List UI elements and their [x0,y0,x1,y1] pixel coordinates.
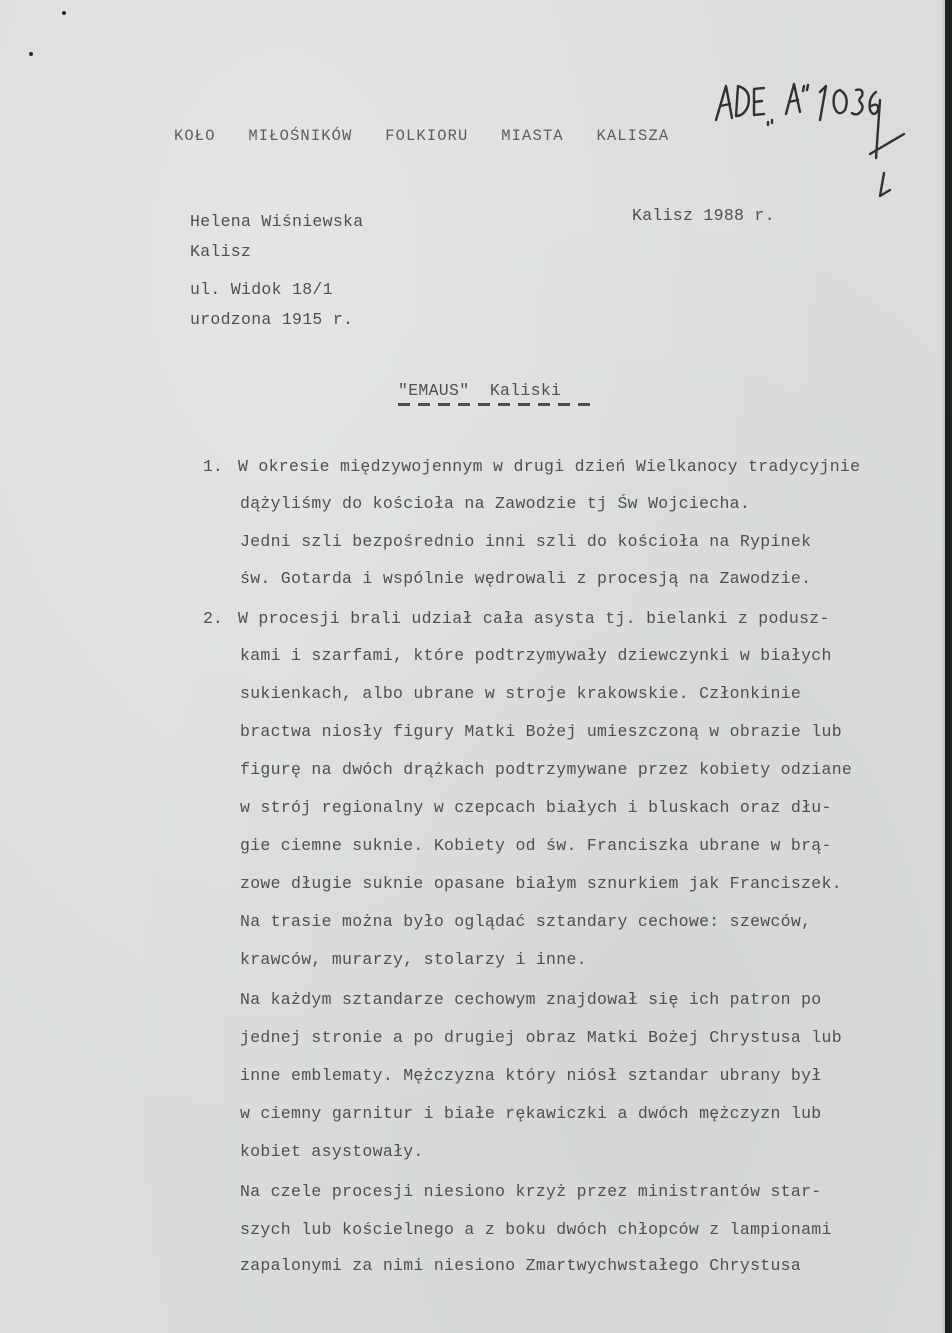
item-2-line: W procesji brali udział cała asysta tj. … [238,609,830,629]
item-1-line: W okresie międzywojennym w drugi dzień W… [238,457,860,477]
item-2-line: jednej stronie a po drugiej obraz Matki … [240,1028,842,1048]
scanner-edge-strip [945,0,952,1333]
archive-annotation [708,78,918,208]
place-date: Kalisz 1988 r. [632,206,775,226]
item-2-line: figurę na dwóch drążkach podtrzymywane p… [240,760,852,780]
item-2-line: krawców, murarzy, stolarzy i inne. [240,950,587,970]
item-2-line: inne emblematy. Mężczyzna który niósł sz… [240,1066,822,1086]
item-2-line: zapalonymi za nimi niesiono Zmartwychwst… [240,1256,801,1276]
item-1-line: Jedni szli bezpośrednio inni szli do koś… [240,532,811,552]
item-2-line: w ciemny garnitur i białe rękawiczki a d… [240,1104,822,1124]
ink-speck [29,52,33,56]
organization-header: KOŁO MIŁOŚNIKÓW FOLKIORU MIASTA KALISZA [174,126,669,146]
item-1-line: św. Gotarda i wspólnie wędrowali z proce… [240,569,811,589]
informant-birth: urodzona 1915 r. [190,310,353,330]
item-2-line: szych lub kościelnego a z boku dwóch chł… [240,1220,832,1240]
document-title: "EMAUS" Kaliski [398,381,561,401]
item-2-line: zowe długie suknie opasane białym sznurk… [240,874,842,894]
informant-name: Helena Wiśniewska [190,212,363,232]
item-2-line: bractwa niosły figury Matki Bożej umiesz… [240,722,842,742]
informant-address: ul. Widok 18/1 [190,280,333,300]
item-2-line: Na trasie można było oglądać sztandary c… [240,912,811,932]
item-2-line: Na każdym sztandarze cechowym znajdował … [240,990,822,1010]
item-1-line: dążyliśmy do kościoła na Zawodzie tj Św … [240,494,750,514]
title-underline [398,403,590,406]
item-2-line: Na czele procesji niesiono krzyż przez m… [240,1182,822,1202]
item-2-line: kami i szarfami, które podtrzymywały dzi… [240,646,832,666]
informant-city: Kalisz [190,242,251,262]
item-2-line: w strój regionalny w czepcach białych i … [240,798,832,818]
item-2-line: sukienkach, albo ubrane w stroje krakows… [240,684,801,704]
item-number: 2. [203,609,223,629]
ink-speck [62,11,66,15]
handwritten-signature-icon [708,78,918,208]
item-2-line: kobiet asystowały. [240,1142,424,1162]
item-2-line: gie ciemne suknie. Kobiety od św. Franci… [240,836,832,856]
item-number: 1. [203,457,223,477]
